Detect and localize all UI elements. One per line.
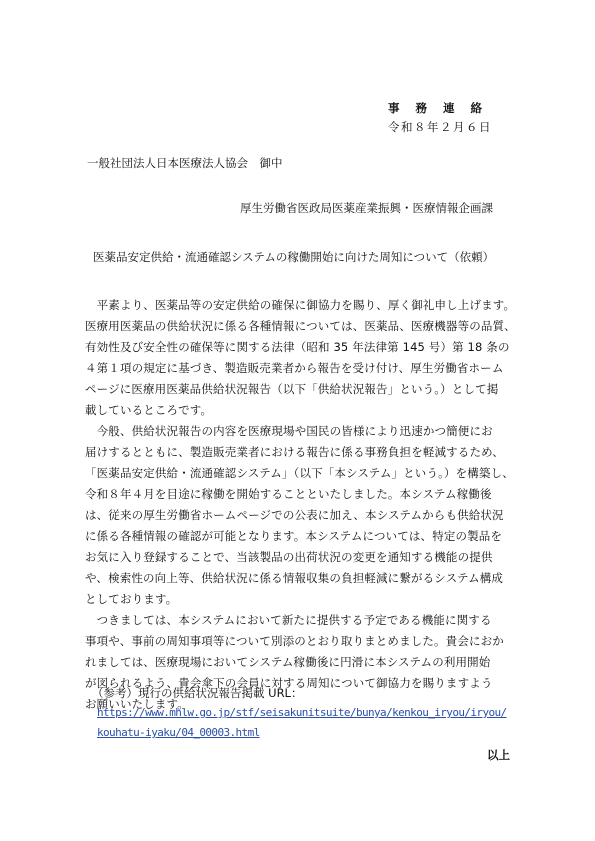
body-line: としております。 bbox=[85, 591, 177, 607]
body-line: 事項や、事前の周知事項等について別添のとおり取りまとめました。貴会におか bbox=[85, 633, 504, 649]
body-line: 有効性及び安全性の確保等に関する法律（昭和 35 年法律第 145 号）第 18… bbox=[85, 339, 510, 355]
reference-label: （参考）現行の供給状況報告掲載 URL： bbox=[92, 685, 302, 701]
body-line: 載しているところです。 bbox=[85, 402, 212, 418]
body-line: ４第１項の規定に基づき、製造販売業者から報告を受け付け、厚生労働省ホーム bbox=[85, 360, 503, 376]
body-line: 今般、供給状況報告の内容を医療現場や国民の皆様により迅速かつ簡便にお bbox=[85, 423, 493, 439]
subject-title: 医薬品安定供給・流通確認システムの稼働開始に向けた周知について（依頼） bbox=[93, 249, 494, 265]
reference-url-link-continued[interactable]: kouhatu-iyaku/04_00003.html bbox=[97, 726, 260, 739]
body-line: や、検索性の向上等、供給状況に係る情報収集の負担軽減に繋がるシステム構成 bbox=[85, 570, 503, 586]
sender: 厚生労働省医政局医薬産業振興・医療情報企画課 bbox=[240, 200, 493, 216]
addressee: 一般社団法人日本医療法人協会 御中 bbox=[87, 155, 283, 171]
body-line: つきましては、本システムにおいて新たに提供する予定である機能に関する bbox=[85, 612, 492, 628]
body-line: は、従来の厚生労働省ホームページでの公表に加え、本システムからも供給状況 bbox=[85, 507, 504, 523]
reference-url-link[interactable]: https://www.mhlw.go.jp/stf/seisakunitsui… bbox=[97, 706, 507, 719]
closing-mark: 以上 bbox=[487, 747, 510, 763]
body-line: 「医薬品安定供給・流通確認システム」（以下「本システム」という。）を構築し、 bbox=[85, 465, 514, 481]
body-line: お気に入り登録することで、当該製品の出荷状況の変更を通知する機能の提供 bbox=[85, 549, 493, 565]
body-line: れましては、医療現場においてシステム稼働後に円滑に本システムの利用開始 bbox=[85, 654, 490, 670]
body-line: 令和８年４月を目途に稼働を開始することといたしました。本システム稼働後 bbox=[85, 486, 492, 502]
document-type: 事務連絡 bbox=[388, 100, 498, 116]
body-line: 届けするとともに、製造販売業者における報告に係る事務負担を軽減するため、 bbox=[85, 444, 504, 460]
body-line: 平素より、医薬品等の安定供給の確保に御協力を賜り、厚く御礼申し上げます。 bbox=[85, 297, 515, 313]
body-line: に係る各種情報の確認が可能となります。本システムについては、特定の製品を bbox=[85, 528, 502, 544]
document-date: 令和８年２月６日 bbox=[388, 119, 492, 135]
body-line: ページに医療用医薬品供給状況報告（以下「供給状況報告」という。）として掲 bbox=[85, 381, 498, 397]
body-line: 医療用医薬品の供給状況に係る各種情報については、医薬品、医療機器等の品質、 bbox=[85, 318, 516, 334]
